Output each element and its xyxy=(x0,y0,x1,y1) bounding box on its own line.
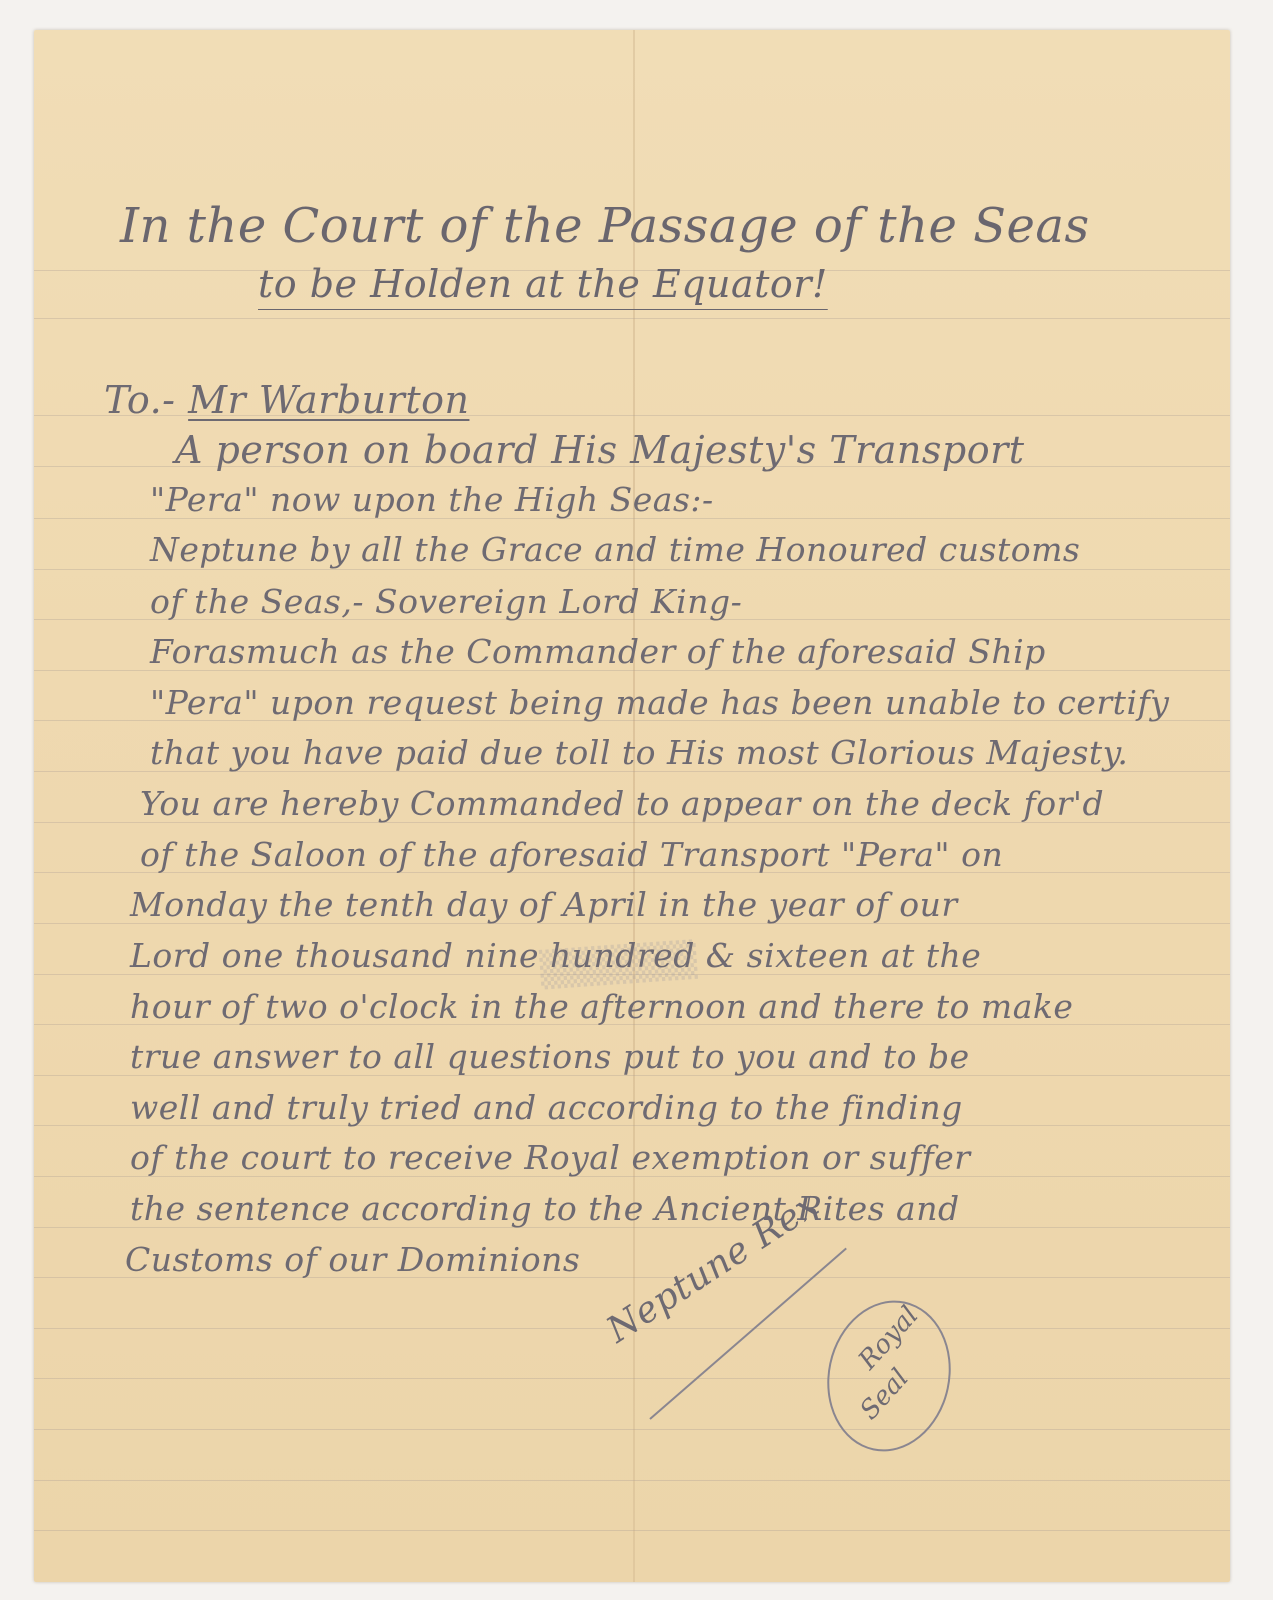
body-line: of the court to receive Royal exemption … xyxy=(130,1138,971,1177)
seal-text-royal: Royal xyxy=(853,1301,925,1376)
ruled-line xyxy=(34,318,1230,319)
body-line: "Pera" now upon the High Seas:- xyxy=(150,480,714,519)
body-line: "Pera" upon request being made has been … xyxy=(150,683,1169,722)
heading-line-2: to be Holden at the Equator! xyxy=(258,262,828,306)
body-line: well and truly tried and according to th… xyxy=(130,1088,963,1127)
body-line: Neptune by all the Grace and time Honour… xyxy=(150,530,1080,569)
addressee: To.- Mr Warburton xyxy=(104,378,469,422)
body-line: You are hereby Commanded to appear on th… xyxy=(140,784,1104,823)
body-line: hour of two o'clock in the afternoon and… xyxy=(130,987,1073,1026)
ruled-line xyxy=(34,1480,1230,1481)
body-line: Forasmuch as the Commander of the afores… xyxy=(150,632,1046,671)
ruled-line xyxy=(34,1429,1230,1430)
body-line: the sentence according to the Ancient Ri… xyxy=(130,1189,960,1228)
body-line: of the Saloon of the aforesaid Transport… xyxy=(140,835,1003,874)
seal-text-seal: Seal xyxy=(854,1363,914,1425)
body-line: Monday the tenth day of April in the yea… xyxy=(130,885,958,924)
addressee-name: Mr Warburton xyxy=(188,378,469,422)
heading-line-1: In the Court of the Passage of the Seas xyxy=(120,198,1090,254)
body-line: Lord one thousand nine hundred & sixteen… xyxy=(130,936,981,975)
addressee-prefix: To.- xyxy=(104,378,176,422)
body-line: of the Seas,- Sovereign Lord King- xyxy=(150,582,742,621)
ruled-line xyxy=(34,569,1230,570)
body-line: A person on board His Majesty's Transpor… xyxy=(175,428,1025,472)
body-line: Customs of our Dominions xyxy=(125,1240,580,1279)
ruled-line xyxy=(34,1378,1230,1379)
body-line: true answer to all questions put to you … xyxy=(130,1037,970,1076)
body-line: that you have paid due toll to His most … xyxy=(150,733,1128,772)
ruled-line xyxy=(34,1530,1230,1531)
